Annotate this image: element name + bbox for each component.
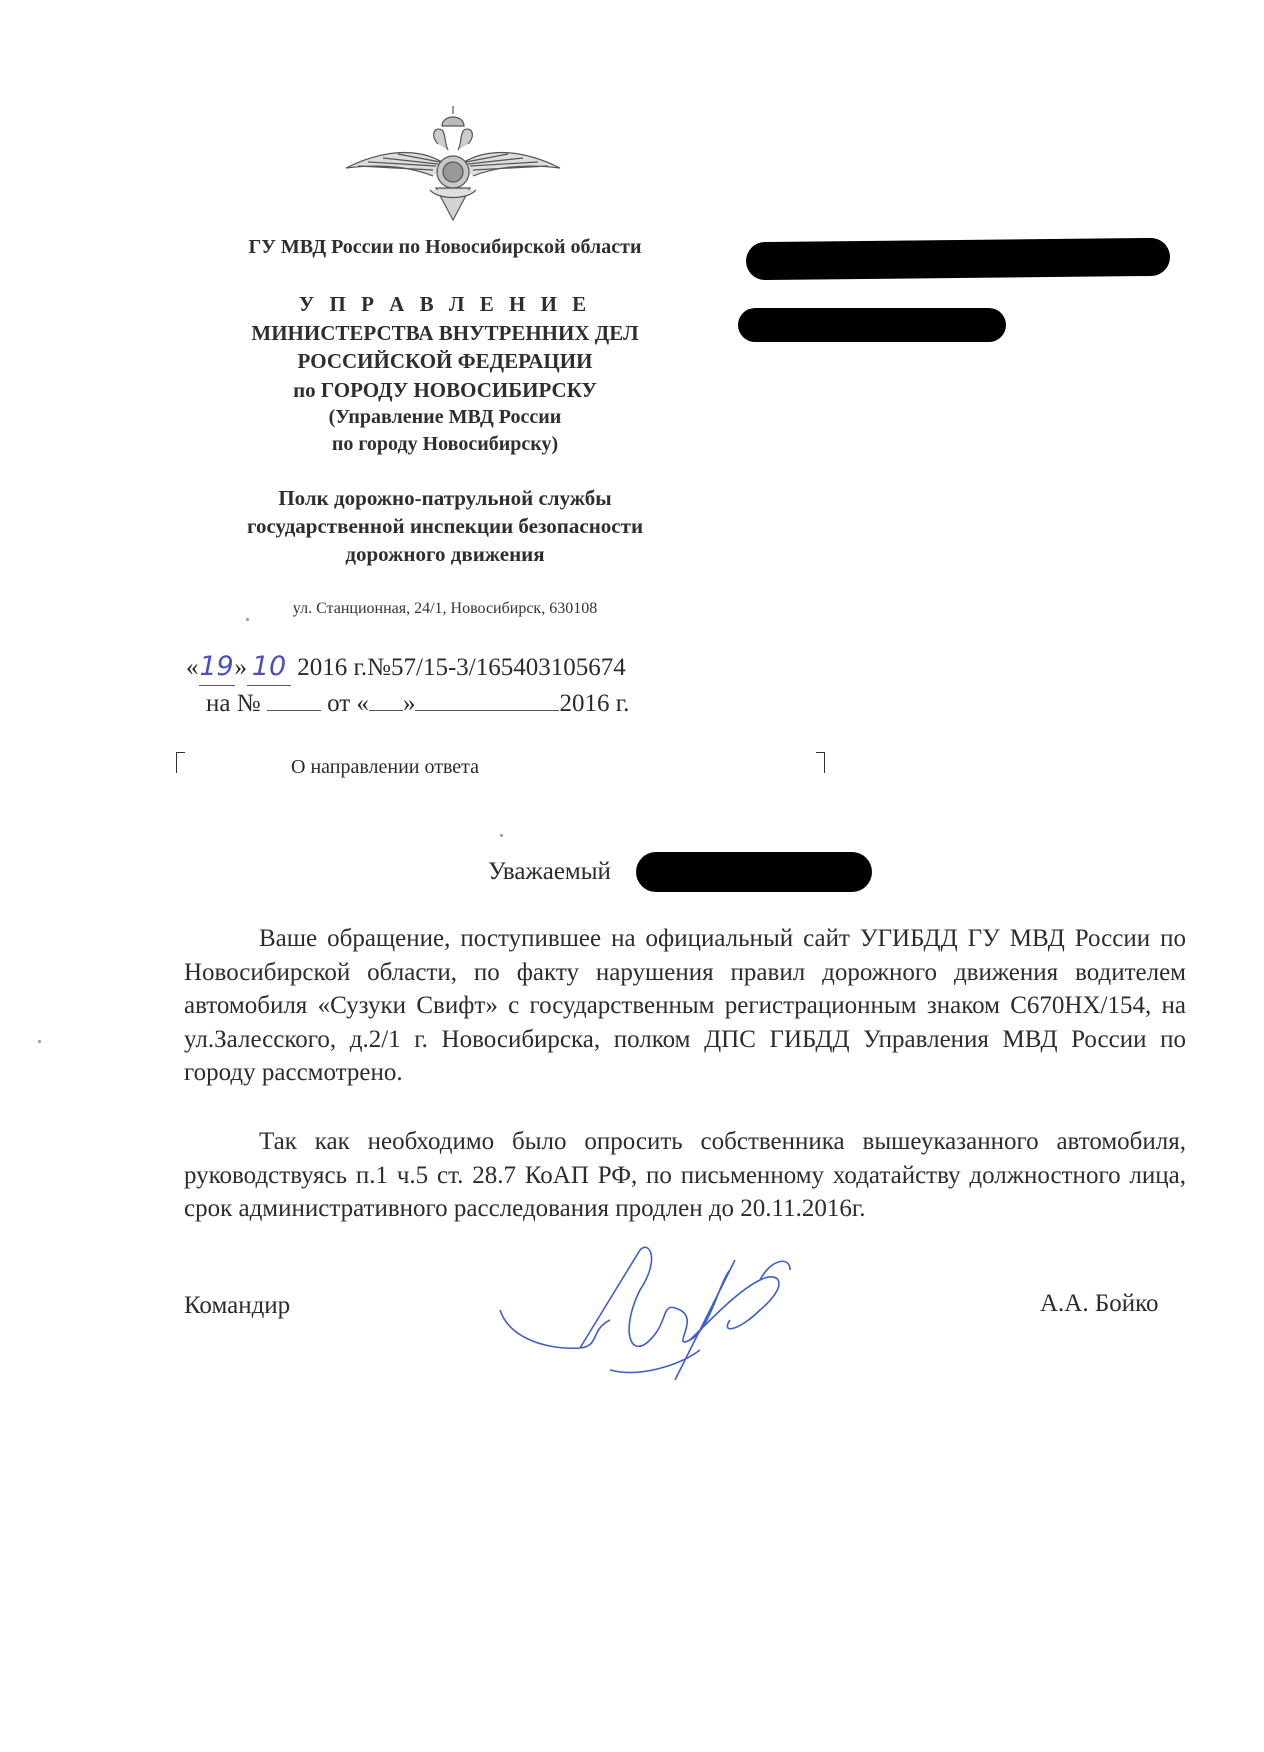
blank-field — [415, 686, 559, 711]
header-line: РОССИЙСКОЙ ФЕДЕРАЦИИ — [170, 347, 720, 376]
redacted-recipient-name — [636, 852, 872, 892]
address: ул. Станционная, 24/1, Новосибирск, 6301… — [170, 600, 720, 618]
ministry-header: У П Р А В Л Е Н И Е МИНИСТЕРСТВА ВНУТРЕН… — [170, 290, 720, 458]
scan-speck — [500, 834, 503, 837]
redacted-recipient-line-2 — [738, 308, 1006, 342]
scan-speck — [246, 618, 249, 621]
blank-field — [267, 686, 321, 711]
unit-line: государственной инспекции безопасности — [170, 512, 720, 540]
subject-text: О направлении ответа — [291, 756, 479, 779]
handwritten-day: 19 — [199, 651, 233, 682]
outgoing-number-line: «19»10 2016 г.№57/15-3/165403105674 — [186, 650, 629, 686]
reply-to-line: на № от «»2016 г. — [186, 686, 629, 721]
header-line: по ГОРОДУ НОВОСИБИРСКУ — [170, 376, 720, 405]
redacted-recipient-line-1 — [746, 238, 1170, 280]
year-and-number: 2016 г.№57/15-3/165403105674 — [297, 654, 626, 681]
signer-title: Командир — [184, 1292, 290, 1320]
blank-field — [369, 686, 403, 711]
handwritten-signature-icon — [490, 1240, 850, 1380]
mvd-emblem-icon — [338, 104, 568, 228]
unit-line: дорожного движения — [170, 540, 720, 568]
document-number-block: «19»10 2016 г.№57/15-3/165403105674 на №… — [186, 650, 629, 721]
handwritten-month: 10 — [252, 651, 286, 682]
header-line: по городу Новосибирску) — [170, 431, 720, 458]
bracket-right — [816, 752, 825, 773]
bracket-left — [176, 752, 185, 773]
header-line: МИНИСТЕРСТВА ВНУТРЕННИХ ДЕЛ — [170, 319, 720, 348]
unit-line: Полк дорожно-патрульной службы — [170, 484, 720, 512]
org-line: ГУ МВД России по Новосибирской области — [170, 236, 720, 259]
header-line: У П Р А В Л Е Н И Е — [170, 290, 720, 319]
scan-speck — [38, 1040, 41, 1043]
signer-name: А.А. Бойко — [1040, 1290, 1158, 1318]
header-line: (Управление МВД России — [170, 404, 720, 431]
body-paragraph-1: Ваше обращение, поступившее на официальн… — [184, 922, 1186, 1090]
unit-header: Полк дорожно-патрульной службы государст… — [170, 484, 720, 568]
body-paragraph-2: Так как необходимо было опросить собстве… — [184, 1125, 1186, 1226]
